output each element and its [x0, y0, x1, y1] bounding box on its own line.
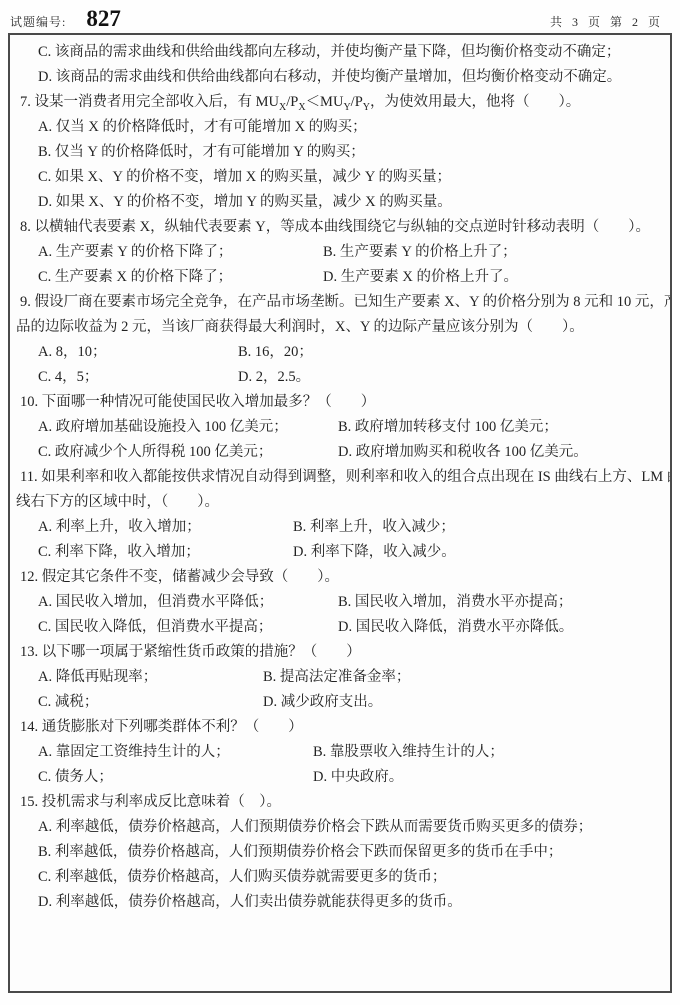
- question-stem: 13. 以下哪一项属于紧缩性货币政策的措施？（ ）: [16, 640, 664, 665]
- option: C. 4，5；: [38, 365, 238, 390]
- question-block: 8. 以横轴代表要素 X，纵轴代表要素 Y，等成本曲线围绕它与纵轴的交点逆时针移…: [16, 215, 664, 290]
- question-block: 15. 投机需求与利率成反比意味着（ ）。A. 利率越低，债券价格越高，人们预期…: [16, 790, 664, 915]
- question-area: C. 该商品的需求曲线和供给曲线都向左移动，并使均衡产量下降，但均衡价格变动不确…: [8, 33, 672, 993]
- option-row: A. 降低再贴现率；B. 提高法定准备金率；: [16, 665, 664, 690]
- question-block: C. 该商品的需求曲线和供给曲线都向左移动，并使均衡产量下降，但均衡价格变动不确…: [16, 40, 664, 90]
- option-row: C. 国民收入降低，但消费水平提高；D. 国民收入降低，消费水平亦降低。: [16, 615, 664, 640]
- option: A. 生产要素 Y 的价格下降了；: [38, 240, 323, 265]
- option-row: C. 债务人；D. 中央政府。: [16, 765, 664, 790]
- question-block: 10. 下面哪一种情况可能使国民收入增加最多？（ ）A. 政府增加基础设施投入 …: [16, 390, 664, 465]
- option: A. 8，10；: [38, 340, 238, 365]
- option: B. 利率越低，债券价格越高，人们预期债券价格会下跌而保留更多的货币在手中；: [16, 840, 664, 865]
- option: B. 利率上升，收入减少；: [293, 515, 455, 540]
- option: A. 仅当 X 的价格降低时，才有可能增加 X 的购买；: [16, 115, 664, 140]
- option: A. 利率上升，收入增加；: [38, 515, 293, 540]
- option: B. 生产要素 Y 的价格上升了；: [323, 240, 517, 265]
- question-stem: 7. 设某一消费者用完全部收入后，有 MUX/PX＜MUY/PY，为使效用最大，…: [16, 90, 664, 115]
- question-block: 12. 假定其它条件不变，储蓄减少会导致（ ）。A. 国民收入增加，但消费水平降…: [16, 565, 664, 640]
- question-stem-continuation: 线右下方的区域中时，（ ）。: [16, 490, 664, 515]
- option: C. 减税；: [38, 690, 263, 715]
- page-header: 试题编号: 827 共 3 页 第 2 页: [0, 0, 680, 33]
- option-row: A. 靠固定工资维持生计的人；B. 靠股票收入维持生计的人；: [16, 740, 664, 765]
- option: D. 减少政府支出。: [263, 690, 382, 715]
- option: D. 政府增加购买和税收各 100 亿美元。: [338, 440, 588, 465]
- option: C. 如果 X、Y 的价格不变，增加 X 的购买量，减少 Y 的购买量；: [16, 165, 664, 190]
- option: A. 国民收入增加，但消费水平降低；: [38, 590, 338, 615]
- option-row: C. 减税；D. 减少政府支出。: [16, 690, 664, 715]
- option: C. 政府减少个人所得税 100 亿美元；: [38, 440, 338, 465]
- exam-no-value: 827: [86, 6, 121, 32]
- question-stem: 10. 下面哪一种情况可能使国民收入增加最多？（ ）: [16, 390, 664, 415]
- option: B. 靠股票收入维持生计的人；: [313, 740, 504, 765]
- option-row: C. 4，5；D. 2，2.5。: [16, 365, 664, 390]
- option: C. 生产要素 X 的价格下降了；: [38, 265, 323, 290]
- option-row: A. 政府增加基础设施投入 100 亿美元；B. 政府增加转移支付 100 亿美…: [16, 415, 664, 440]
- question-stem-continuation: 品的边际收益为 2 元，当该厂商获得最大利润时，X、Y 的边际产量应该分别为（ …: [16, 315, 664, 340]
- option: C. 该商品的需求曲线和供给曲线都向左移动，并使均衡产量下降，但均衡价格变动不确…: [16, 40, 664, 65]
- question-block: 9. 假设厂商在要素市场完全竞争，在产品市场垄断。已知生产要素 X、Y 的价格分…: [16, 290, 664, 390]
- option: C. 国民收入降低，但消费水平提高；: [38, 615, 338, 640]
- exam-no-label: 试题编号:: [10, 13, 66, 30]
- question-stem: 9. 假设厂商在要素市场完全竞争，在产品市场垄断。已知生产要素 X、Y 的价格分…: [16, 290, 664, 315]
- option: B. 仅当 Y 的价格降低时，才有可能增加 Y 的购买；: [16, 140, 664, 165]
- option: B. 16，20；: [238, 340, 313, 365]
- question-stem: 15. 投机需求与利率成反比意味着（ ）。: [16, 790, 664, 815]
- option-row: A. 生产要素 Y 的价格下降了；B. 生产要素 Y 的价格上升了；: [16, 240, 664, 265]
- option: D. 利率越低，债券价格越高，人们卖出债券就能获得更多的货币。: [16, 890, 664, 915]
- question-block: 7. 设某一消费者用完全部收入后，有 MUX/PX＜MUY/PY，为使效用最大，…: [16, 90, 664, 215]
- question-stem: 14. 通货膨胀对下列哪类群体不利？（ ）: [16, 715, 664, 740]
- option-row: C. 利率下降，收入增加；D. 利率下降，收入减少。: [16, 540, 664, 565]
- option: D. 如果 X、Y 的价格不变，增加 Y 的购买量，减少 X 的购买量。: [16, 190, 664, 215]
- option: A. 靠固定工资维持生计的人；: [38, 740, 313, 765]
- page-count-indicator: 共 3 页 第 2 页: [550, 13, 660, 30]
- question-block: 14. 通货膨胀对下列哪类群体不利？（ ）A. 靠固定工资维持生计的人；B. 靠…: [16, 715, 664, 790]
- option: C. 债务人；: [38, 765, 313, 790]
- option-row: A. 国民收入增加，但消费水平降低；B. 国民收入增加，消费水平亦提高；: [16, 590, 664, 615]
- option-row: A. 8，10；B. 16，20；: [16, 340, 664, 365]
- option: C. 利率越低，债券价格越高，人们购买债券就需要更多的货币；: [16, 865, 664, 890]
- option: B. 提高法定准备金率；: [263, 665, 410, 690]
- option: B. 政府增加转移支付 100 亿美元；: [338, 415, 558, 440]
- option-row: A. 利率上升，收入增加；B. 利率上升，收入减少；: [16, 515, 664, 540]
- option: A. 降低再贴现率；: [38, 665, 263, 690]
- question-block: 13. 以下哪一项属于紧缩性货币政策的措施？（ ）A. 降低再贴现率；B. 提高…: [16, 640, 664, 715]
- question-stem: 8. 以横轴代表要素 X，纵轴代表要素 Y，等成本曲线围绕它与纵轴的交点逆时针移…: [16, 215, 664, 240]
- exam-page: 试题编号: 827 共 3 页 第 2 页 C. 该商品的需求曲线和供给曲线都向…: [0, 0, 680, 1005]
- option: D. 国民收入降低，消费水平亦降低。: [338, 615, 573, 640]
- question-block: 11. 如果利率和收入都能按供求情况自动得到调整，则利率和收入的组合点出现在 I…: [16, 465, 664, 565]
- option: D. 生产要素 X 的价格上升了。: [323, 265, 518, 290]
- option: D. 利率下降，收入减少。: [293, 540, 456, 565]
- option: C. 利率下降，收入增加；: [38, 540, 293, 565]
- question-stem: 11. 如果利率和收入都能按供求情况自动得到调整，则利率和收入的组合点出现在 I…: [16, 465, 664, 490]
- option: A. 利率越低，债券价格越高，人们预期债券价格会下跌从而需要货币购买更多的债券；: [16, 815, 664, 840]
- option-row: C. 生产要素 X 的价格下降了；D. 生产要素 X 的价格上升了。: [16, 265, 664, 290]
- option: D. 2，2.5。: [238, 365, 310, 390]
- option: A. 政府增加基础设施投入 100 亿美元；: [38, 415, 338, 440]
- option: D. 该商品的需求曲线和供给曲线都向右移动，并使均衡产量增加，但均衡价格变动不确…: [16, 65, 664, 90]
- option-row: C. 政府减少个人所得税 100 亿美元；D. 政府增加购买和税收各 100 亿…: [16, 440, 664, 465]
- question-stem: 12. 假定其它条件不变，储蓄减少会导致（ ）。: [16, 565, 664, 590]
- exam-number-group: 试题编号: 827: [10, 6, 121, 32]
- option: B. 国民收入增加，消费水平亦提高；: [338, 590, 572, 615]
- option: D. 中央政府。: [313, 765, 403, 790]
